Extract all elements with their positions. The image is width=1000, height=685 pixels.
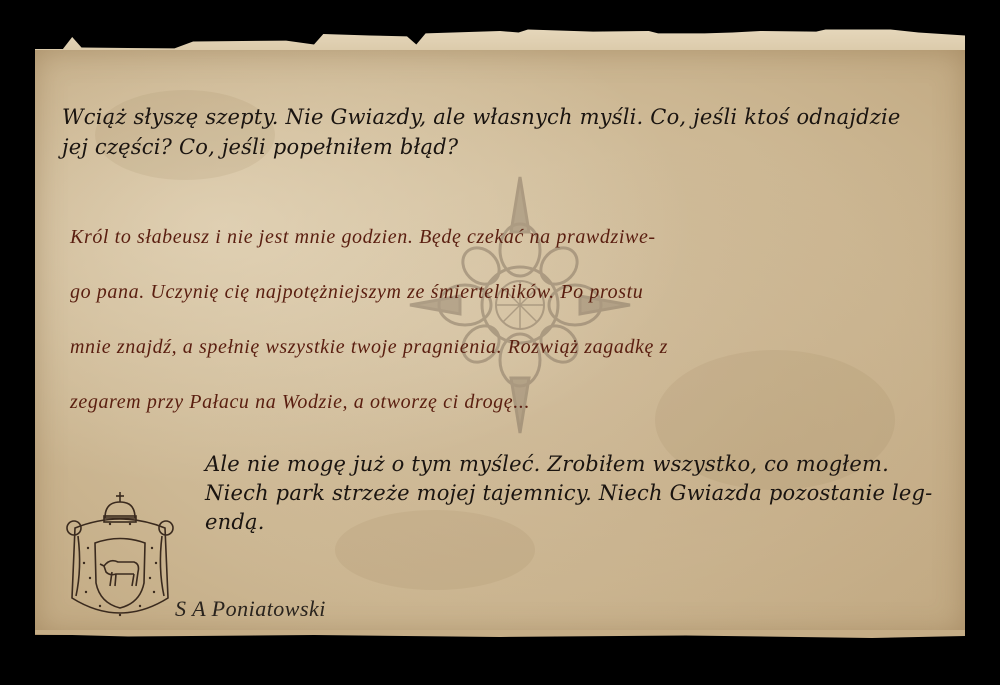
signature: S A Poniatowski: [175, 596, 326, 622]
text-line: Wciąż słyszę szepty. Nie Gwiazdy, ale wł…: [62, 102, 942, 132]
text-line: endą.: [205, 508, 945, 537]
text-line: go pana. Uczynię cię najpotężniejszym ze…: [70, 265, 940, 320]
text-line: zegarem przy Pałacu na Wodzie, a otworzę…: [70, 375, 940, 430]
text-line: Niech park strzeże mojej tajemnicy. Niec…: [205, 479, 945, 508]
paper-torn-bottom-edge: [35, 630, 965, 640]
text-line: jej części? Co, jeśli popełniłem błąd?: [62, 132, 942, 162]
text-line: Król to słabeusz i nie jest mnie godzien…: [70, 210, 940, 265]
letter-paragraph-3: Ale nie mogę już o tym myśleć. Zrobiłem …: [205, 450, 945, 537]
letter-paragraph-2: Król to słabeusz i nie jest mnie godzien…: [70, 210, 940, 430]
text-line: Ale nie mogę już o tym myśleć. Zrobiłem …: [205, 450, 945, 479]
coat-of-arms-icon: [60, 488, 180, 623]
letter-paragraph-1: Wciąż słyszę szepty. Nie Gwiazdy, ale wł…: [62, 102, 942, 162]
text-line: mnie znajdź, a spełnię wszystkie twoje p…: [70, 320, 940, 375]
